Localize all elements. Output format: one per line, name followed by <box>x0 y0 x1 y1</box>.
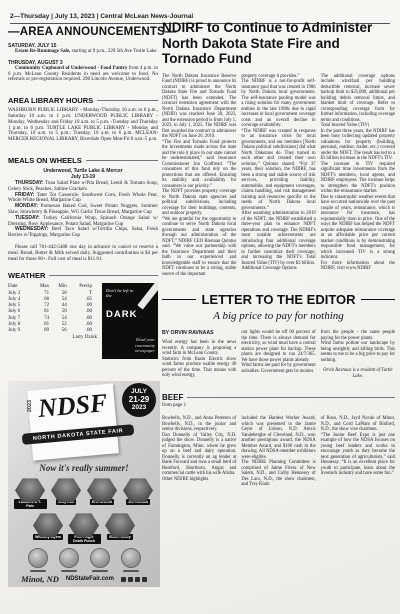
instagram-icon <box>135 577 140 582</box>
attraction-icon <box>121 548 141 568</box>
meals-day-label: THURSDAY: <box>15 180 44 186</box>
header-rule <box>49 275 158 276</box>
attraction-icon <box>59 548 79 568</box>
letter-columns: BY ORVIN RAVNAAS Wind energy has been in… <box>162 330 395 379</box>
fair-tagline: Now it's really summer! <box>8 463 160 473</box>
meals-day-label: TUESDAY: <box>15 215 40 221</box>
weather-col-header: Min <box>51 283 69 290</box>
meals-day-label: FRIDAY: <box>15 192 34 198</box>
weather-section: Date Max Min Precip July 37158T July 466… <box>8 283 158 359</box>
announcement-label: Community Cupboard of Underwood - Food P… <box>15 66 127 71</box>
weather-header-row: Date Max Min Precip <box>8 283 94 290</box>
header-rule-left <box>162 299 196 300</box>
letter-to-editor-header: LETTER TO THE EDITOR <box>162 292 395 307</box>
letter-column-2: our lights would be off 60 percent of th… <box>241 330 315 379</box>
meals-day-label: MONDAY: <box>15 203 38 209</box>
fair-attraction <box>28 548 48 572</box>
fair-act: Jelly Roll <box>50 478 83 509</box>
state-fair-ad: JULY 21-29 2023 2023 NDSF NORTH DAKOTA S… <box>8 381 160 587</box>
area-announcements-title: —AREA ANNOUNCEMENTS— <box>8 26 158 38</box>
fair-attraction <box>121 548 141 572</box>
article-columns: The North Dakota Insurance Reserve Fund … <box>162 74 395 278</box>
weather-header: WEATHER <box>8 271 158 280</box>
fair-act: Ludacris & T-Pain <box>14 478 47 509</box>
letter-column-3-text: from the people - the same people paying… <box>321 330 395 363</box>
social-icons <box>121 577 147 582</box>
header-rule <box>86 160 158 161</box>
library-hours-text: WASHBURN PUBLIC LIBRARY - Monday-Thursda… <box>8 108 158 143</box>
fair-location: Minot, ND <box>21 574 59 584</box>
weather-table-wrap: Date Max Min Precip July 37158T July 466… <box>8 283 97 359</box>
left-column: —AREA ANNOUNCEMENTS— SATURDAY, JULY 15 E… <box>8 26 158 587</box>
weather-cell: July 9 <box>8 327 32 333</box>
beef-columns: Bowbells, N.D., and Anna Petersen of Bow… <box>162 416 395 488</box>
header-rule <box>97 100 158 101</box>
meals-note: Please call 701-442-5488 one day in adva… <box>8 245 158 262</box>
attraction-caption <box>123 570 139 572</box>
fair-logo-year: 2023 <box>27 400 33 412</box>
right-column: NDIRF to Continue to Administer North Da… <box>162 20 395 488</box>
fair-attractions-row <box>8 548 160 572</box>
beef-column-1: Bowbells, N.D., and Anna Petersen of Bow… <box>162 416 236 488</box>
beef-continued-from: from page 1 <box>162 403 395 408</box>
header-rule-right <box>361 299 395 300</box>
library-hours-title: AREA LIBRARY HOURS <box>8 96 93 105</box>
fair-act: Joe Nichols <box>122 478 155 509</box>
article-headline: NDIRF to Continue to Administer North Da… <box>162 20 395 67</box>
weather-col-header: Precip <box>69 283 94 290</box>
beef-column-3: of Ruso, N.D., Jayd Novak of Minot, N.D.… <box>321 416 395 488</box>
weather-table: Date Max Min Precip July 37158T July 466… <box>8 283 94 333</box>
article-column-1: The North Dakota Insurance Reserve Fund … <box>162 74 236 278</box>
announcement-item: Estate Re-Rummage Sale, starting at 9 p.… <box>8 49 158 55</box>
fair-acts-row-1: Ludacris & T-Pain Jelly Roll Eric Church… <box>8 478 160 509</box>
meals-day: WEDNESDAY: Beef Taco Salad w/Tortilla Ch… <box>8 227 158 239</box>
weather-title: WEATHER <box>8 271 45 280</box>
letter-column-3: from the people - the same people paying… <box>321 330 395 379</box>
meals-on-wheels-header: MEALS ON WHEELS <box>8 156 158 165</box>
community-newspaper-ad: Don't be left in the DARK Read your comm… <box>102 283 158 359</box>
weather-credit: Larry Dziuk <box>8 335 97 340</box>
announcement-text: starting at 9 p.m., 220 5th Ave Turtle L… <box>70 49 156 54</box>
fair-badge-year: 2023 <box>132 405 146 412</box>
fair-website: NDStateFair.com <box>66 576 114 582</box>
dark-ad-word: DARK <box>106 309 137 320</box>
fair-acts-row-2: Whiskey Myers Five Finger Death Punch Br… <box>8 513 160 544</box>
header-rule <box>187 397 395 398</box>
youtube-icon <box>142 577 147 582</box>
candle-graphic <box>137 283 158 310</box>
announcement-label: Estate Re-Rummage Sale, <box>15 49 70 54</box>
weather-col-header: Date <box>8 283 32 290</box>
library-hours-header: AREA LIBRARY HOURS <box>8 96 158 105</box>
fair-act: Eric Church <box>86 478 119 509</box>
weather-cell: 56 <box>51 327 69 333</box>
facebook-icon <box>121 577 126 582</box>
twitter-icon <box>128 577 133 582</box>
attraction-caption <box>92 570 108 572</box>
letter-title: LETTER TO THE EDITOR <box>201 292 355 307</box>
beef-title: BEEF <box>162 393 183 402</box>
weather-cell: .00 <box>69 327 94 333</box>
dark-ad-script: Don't be left in the <box>106 288 136 298</box>
attraction-icon <box>90 548 110 568</box>
letter-signature: Orvin Ravnaas is a resident of Turtle La… <box>321 368 395 379</box>
attraction-icon <box>28 548 48 568</box>
fair-act: Whiskey Myers <box>32 513 65 544</box>
attraction-caption <box>30 570 46 572</box>
fair-act: Five Finger Death Punch <box>68 513 101 544</box>
letter-subtitle: A big price to pay for nothing <box>162 310 395 322</box>
fair-attraction <box>90 548 110 572</box>
article-column-3: The additional coverage options include … <box>321 74 395 278</box>
letter-column-1-text: Wind energy has been in the news recentl… <box>162 340 236 379</box>
meals-title: MEALS ON WHEELS <box>8 156 82 165</box>
fair-attraction <box>59 548 79 572</box>
article-column-2: property coverage it provides.” The NDIR… <box>241 74 315 278</box>
weather-row: July 98956.00 <box>8 327 94 333</box>
fair-act: Brad Paisley <box>104 513 137 544</box>
fair-dates-badge: JULY 21-29 2023 <box>122 383 156 417</box>
weather-col-header: Max <box>32 283 51 290</box>
letter-byline: BY ORVIN RAVNAAS <box>162 330 236 336</box>
dark-ad-read: Read your community newspaper <box>129 337 155 353</box>
attraction-caption <box>61 570 77 572</box>
beef-column-2: included the Hardest Worker Award, which… <box>241 416 315 488</box>
fair-bottom-row: Minot, ND NDStateFair.com <box>8 574 160 584</box>
meals-day-label: WEDNESDAY: <box>15 226 48 232</box>
newspaper-page: 2—Thursday | July 13, 2023 | Central McL… <box>0 0 400 614</box>
letter-column-1: BY ORVIN RAVNAAS Wind energy has been in… <box>162 330 236 379</box>
weather-cell: 89 <box>32 327 51 333</box>
announcement-item: Community Cupboard of Underwood - Food P… <box>8 66 158 83</box>
beef-section-header: BEEF <box>162 393 395 402</box>
